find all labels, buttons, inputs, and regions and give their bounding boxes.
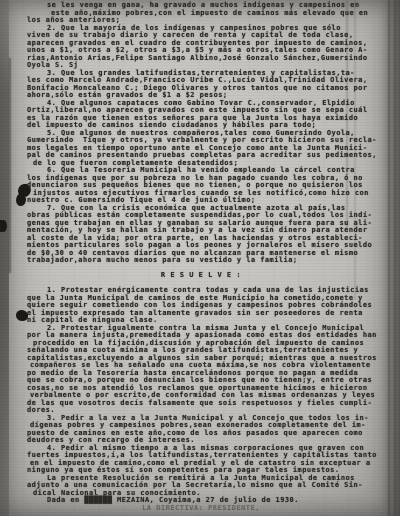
resuelve-heading: R E S U E L V E :: [27, 272, 375, 280]
scan-edge-streak: [388, 0, 390, 516]
document-body: se les venga en gana, ha gravado a mucho…: [27, 2, 375, 512]
ink-blot: [14, 193, 27, 208]
text-line: rias,Antonio Arias,Felipe Santiago Albin…: [27, 55, 375, 63]
ink-blot: [0, 220, 7, 232]
text-line: trabajador,ahora mucho menos para su ves…: [27, 257, 375, 265]
signature-line-faint: LA DIRECTIVA: PRESIDENTE,: [27, 505, 375, 513]
scan-left-edge: [0, 0, 9, 516]
scan-left-fold-line: [9, 58, 11, 273]
text-line: de las que vosotros decís falsamente que…: [27, 400, 375, 408]
scan-edge-streak: [394, 0, 396, 516]
scan-right-edge: [380, 0, 400, 516]
document-page: se les venga en gana, ha gravado a mucho…: [0, 0, 400, 516]
